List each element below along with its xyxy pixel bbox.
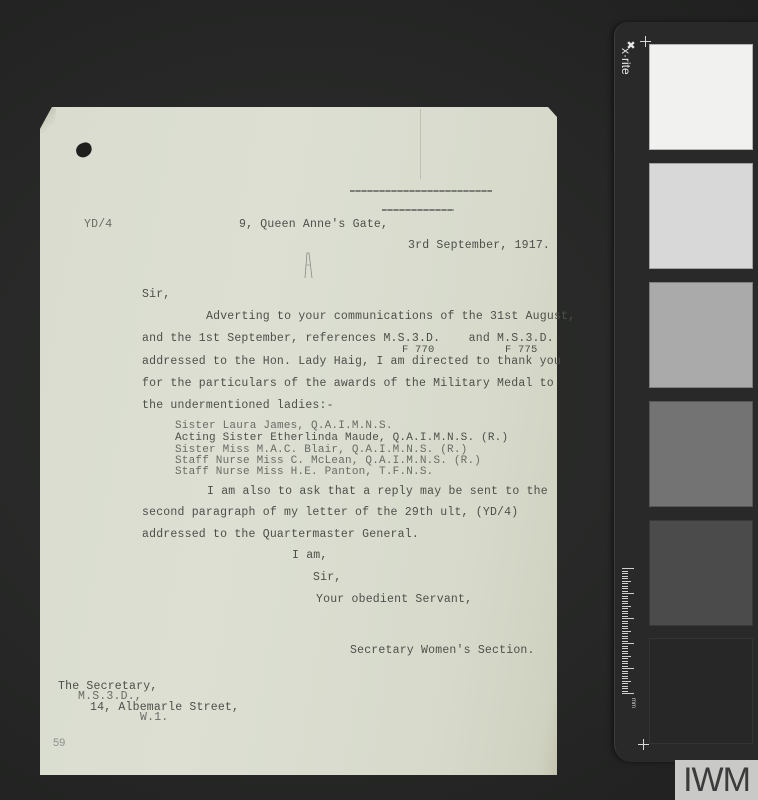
typed-rule-long xyxy=(350,190,492,192)
gray-patch-1 xyxy=(649,44,753,150)
body-line: for the particulars of the awards of the… xyxy=(142,378,554,390)
sender-address: 9, Queen Anne's Gate, xyxy=(239,219,388,231)
body-line: the undermentioned ladies:- xyxy=(142,400,334,412)
body-line: addressed to the Hon. Lady Haig, I am di… xyxy=(142,356,561,368)
gray-patch-2 xyxy=(649,163,753,269)
closing-line: I am, xyxy=(292,550,328,562)
reference-subscript: F 775 xyxy=(505,345,538,356)
gray-patch-5 xyxy=(649,520,753,626)
reference-subscript: F 770 xyxy=(402,345,435,356)
registration-crosshair-icon xyxy=(638,739,649,750)
body-line: I am also to ask that a reply may be sen… xyxy=(207,486,548,498)
iwm-watermark: IWM xyxy=(675,760,758,800)
awardee-list-item: Staff Nurse Miss H.E. Panton, T.F.N.S. xyxy=(175,467,433,478)
salutation: Sir, xyxy=(142,289,170,301)
ruler-unit-label: mm xyxy=(630,698,636,708)
closing-line: Sir, xyxy=(313,572,341,584)
awardee-list-item: Acting Sister Etherlinda Maude, Q.A.I.M.… xyxy=(175,433,508,444)
body-line: and the 1st September, references M.S.3.… xyxy=(142,333,554,345)
body-line: second paragraph of my letter of the 29t… xyxy=(142,507,518,519)
reference-code: YD/4 xyxy=(84,219,112,231)
gray-patch-6 xyxy=(649,638,753,744)
awardee-list-item: Sister Laura James, Q.A.I.M.N.S. xyxy=(175,421,393,432)
body-line: addressed to the Quartermaster General. xyxy=(142,529,419,541)
body-line: Adverting to your communications of the … xyxy=(206,311,575,323)
pencil-annotation-icon xyxy=(302,251,314,279)
closing-line: Your obedient Servant, xyxy=(316,594,472,606)
typed-rule-short xyxy=(382,209,454,211)
letter-date: 3rd September, 1917. xyxy=(408,240,550,252)
mm-ruler xyxy=(622,568,634,694)
signature-title: Secretary Women's Section. xyxy=(350,645,535,657)
page-number: 59 xyxy=(53,737,65,749)
recipient-line: W.1. xyxy=(140,712,168,724)
xrite-brand-label: x·rite xyxy=(619,48,633,75)
paper-crease xyxy=(420,109,421,179)
gray-patch-4 xyxy=(649,401,753,507)
gray-patch-3 xyxy=(649,282,753,388)
